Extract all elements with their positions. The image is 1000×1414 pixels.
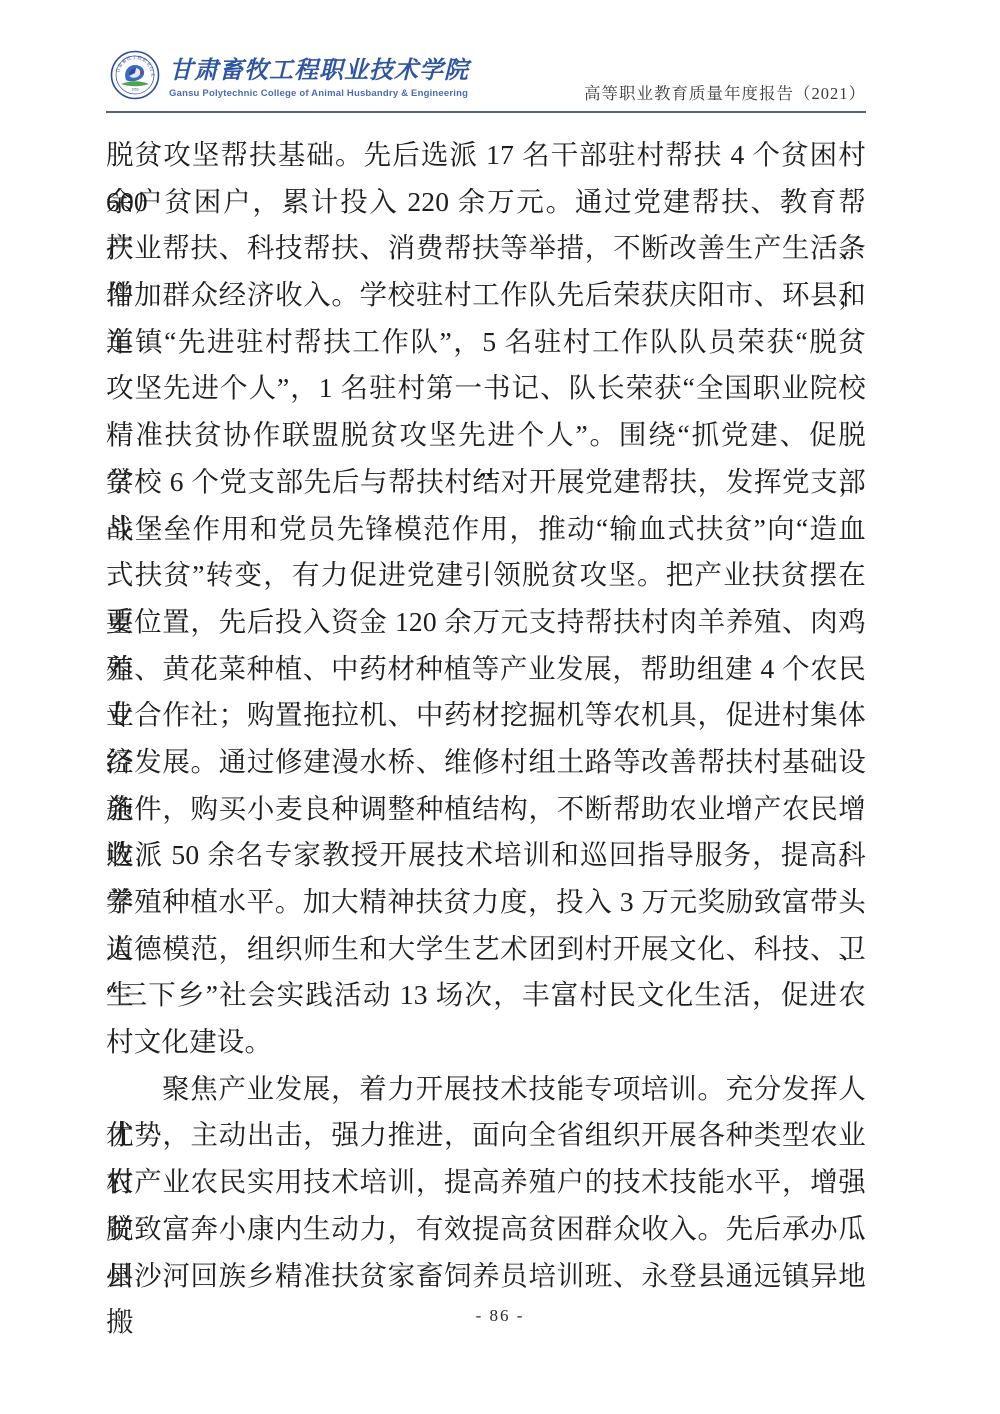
text-line: 选派 50 余名专家教授开展技术培训和巡回指导服务，提高科学	[106, 832, 866, 879]
text-line: 县沙河回族乡精准扶贫家畜饲养员培训班、永登县通远镇异地搬	[106, 1253, 866, 1300]
text-line-paragraph-start: 聚焦产业发展，着力开展技术技能专项培训。充分发挥人才	[106, 1066, 866, 1113]
text-line: 攻坚先进个人”，1 名驻村第一书记、队长荣获“全国职业院校	[106, 365, 866, 412]
text-line: 脱贫攻坚帮扶基础。先后选派 17 名干部驻村帮扶 4 个贫困村 600	[106, 132, 866, 179]
text-line: 增加群众经济收入。学校驻村工作队先后荣获庆阳市、环县和车	[106, 272, 866, 319]
text-line-paragraph-end: 村文化建设。	[106, 1019, 866, 1066]
text-line: 贫致富奔小康内生动力，有效提高贫困群众收入。先后承办瓜州	[106, 1206, 866, 1253]
college-name-en: Gansu Polytechnic College of Animal Husb…	[169, 88, 469, 99]
text-line: 道镇“先进驻村帮扶工作队”，5 名驻村工作队队员荣获“脱贫	[106, 319, 866, 366]
text-line: 条件，购买小麦良种调整种植结构，不断帮助农业增产农民增收。	[106, 786, 866, 833]
text-line: 余户贫困户，累计投入 220 余万元。通过党建帮扶、教育帮扶、	[106, 179, 866, 226]
college-seal-icon: 甘肃畜牧工程职业技术学院 1953	[110, 50, 160, 100]
body-text: 脱贫攻坚帮扶基础。先后选派 17 名干部驻村帮扶 4 个贫困村 600 余户贫困…	[106, 132, 866, 1299]
text-line: 村产业农民实用技术培训，提高养殖户的技术技能水平，增强脱	[106, 1159, 866, 1206]
text-line: 道德模范，组织师生和大学生艺术团到村开展文化、科技、卫生	[106, 926, 866, 973]
text-line: 优势，主动出击，强力推进，面向全省组织开展各种类型农业农	[106, 1112, 866, 1159]
text-line: 济发展。通过修建漫水桥、维修村组土路等改善帮扶村基础设施	[106, 739, 866, 786]
text-line: 斗堡垒作用和党员先锋模范作用，推动“输血式扶贫”向“造血	[106, 506, 866, 553]
document-page: 甘肃畜牧工程职业技术学院 1953 甘肃畜牧工程职业技术学院 Gansu Pol…	[0, 0, 1000, 1414]
text-line: 养殖种植水平。加大精神扶贫力度，投入 3 万元奖励致富带头人、	[106, 879, 866, 926]
text-line: 殖、黄花菜种植、中药材种植等产业发展，帮助组建 4 个农民专	[106, 646, 866, 693]
header-rule	[106, 111, 866, 113]
text-line: 精准扶贫协作联盟脱贫攻坚先进个人”。围绕“抓党建、促脱贫”，	[106, 412, 866, 459]
text-line: 学校 6 个党支部先后与帮扶村结对开展党建帮扶，发挥党支部战	[106, 459, 866, 506]
text-line: 要位置，先后投入资金 120 余万元支持帮扶村肉羊养殖、肉鸡养	[106, 599, 866, 646]
report-title: 高等职业教育质量年度报告（2021）	[584, 80, 866, 104]
college-name-block: 甘肃畜牧工程职业技术学院 Gansu Polytechnic College o…	[169, 56, 469, 99]
text-line: 式扶贫”转变，有力促进党建引领脱贫攻坚。把产业扶贫摆在重	[106, 552, 866, 599]
page-header: 甘肃畜牧工程职业技术学院 1953 甘肃畜牧工程职业技术学院 Gansu Pol…	[106, 46, 866, 108]
text-line: 业合作社；购置拖拉机、中药材挖掘机等农机具，促进村集体经	[106, 692, 866, 739]
text-line: “三下乡”社会实践活动 13 场次，丰富村民文化生活，促进农	[106, 972, 866, 1019]
svg-text:1953: 1953	[131, 88, 138, 92]
text-line: 产业帮扶、科技帮扶、消费帮扶等举措，不断改善生产生活条件，	[106, 225, 866, 272]
college-logo-block: 甘肃畜牧工程职业技术学院 1953 甘肃畜牧工程职业技术学院 Gansu Pol…	[110, 50, 469, 100]
page-number: - 86 -	[0, 1306, 1000, 1326]
college-name-zh: 甘肃畜牧工程职业技术学院	[169, 56, 469, 86]
